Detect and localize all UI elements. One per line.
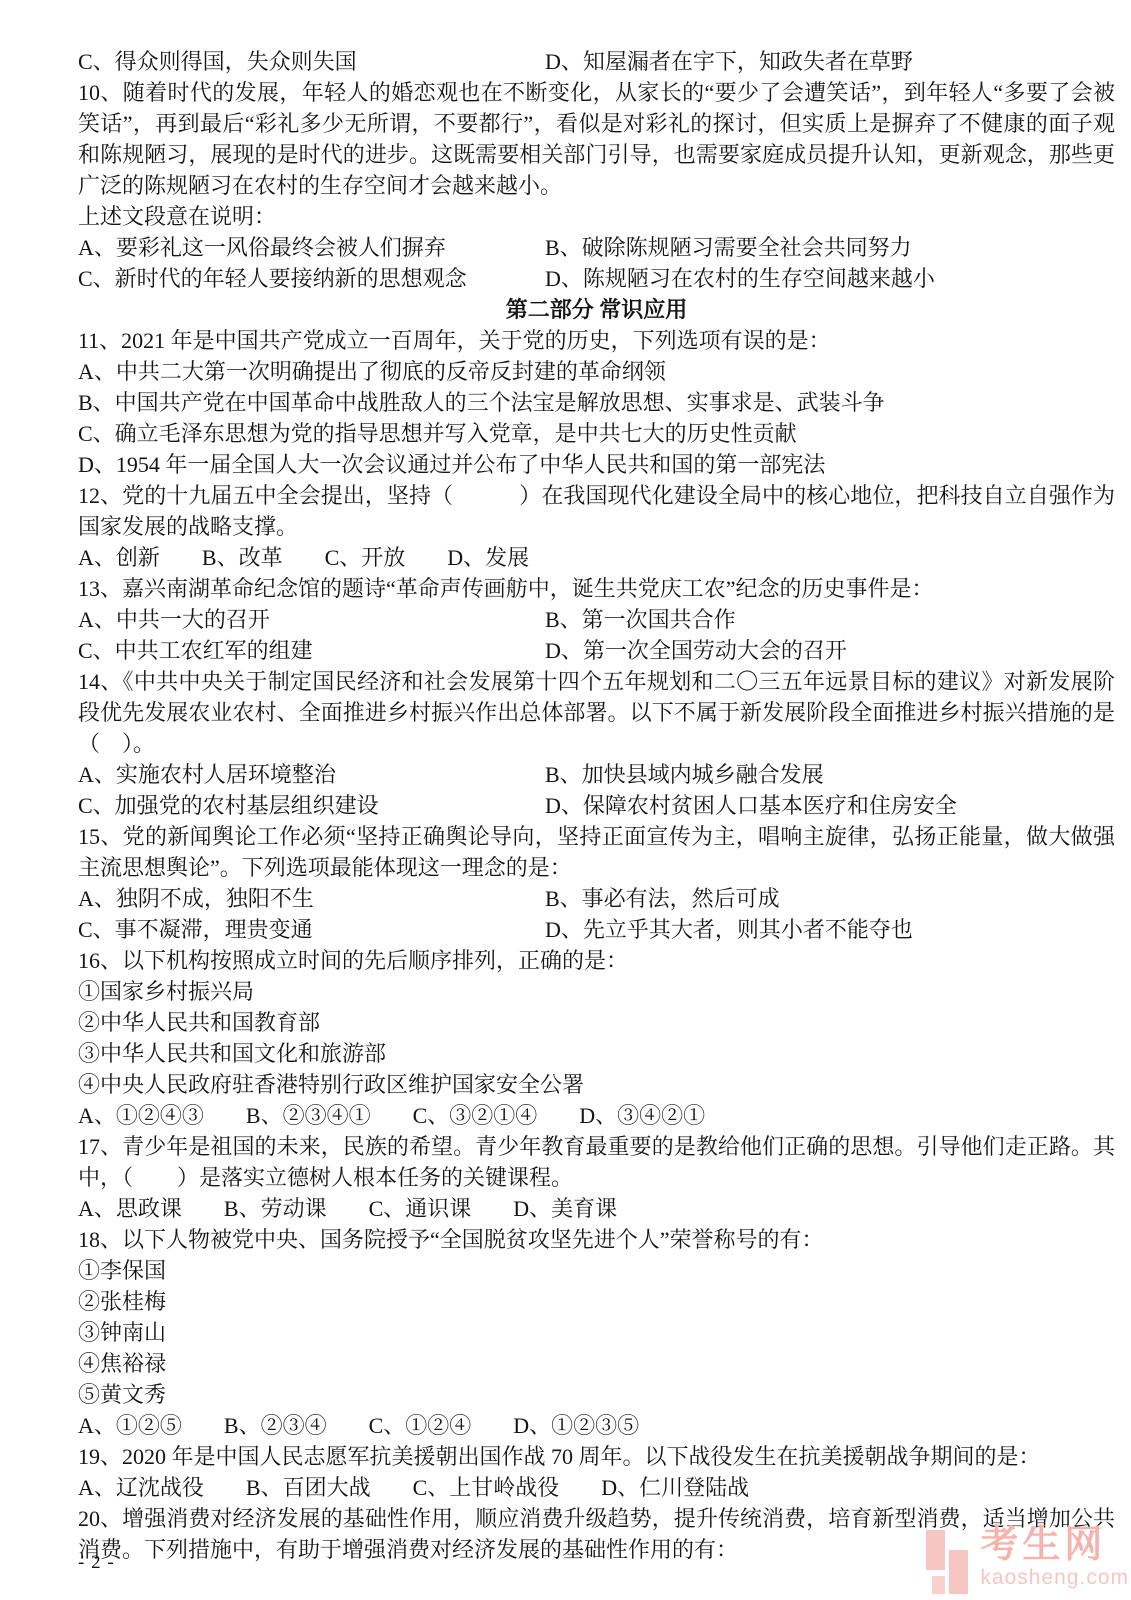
- section-header: 第二部分 常识应用: [78, 294, 1115, 325]
- option-inline-row: A、创新B、改革C、开放D、发展: [78, 542, 1115, 573]
- option-left: A、要彩礼这一风俗最终会被人们摒弃: [78, 232, 545, 263]
- option-right: B、第一次国共合作: [545, 604, 1115, 635]
- page-number: - 2 -: [78, 1552, 115, 1574]
- option-left: C、加强党的农村基层组织建设: [78, 790, 545, 821]
- option-row: C、事不凝滞，理贵变通D、先立乎其大者，则其小者不能夺也: [78, 914, 1115, 945]
- option: D、发展: [447, 542, 529, 573]
- option-left: C、事不凝滞，理贵变通: [78, 914, 545, 945]
- option-left: C、得众则得国，失众则失国: [78, 46, 545, 77]
- option-row: C、得众则得国，失众则失国D、知屋漏者在宇下，知政失者在草野: [78, 46, 1115, 77]
- option-right: B、事必有法，然后可成: [545, 883, 1115, 914]
- option-line: D、1954 年一届全国人大一次会议通过并公布了中华人民共和国的第一部宪法: [78, 449, 1115, 480]
- question-paragraph: 17、青少年是祖国的未来，民族的希望。青少年教育最重要的是教给他们正确的思想。引…: [78, 1131, 1115, 1193]
- option: A、创新: [78, 542, 160, 573]
- option-row: A、实施农村人居环境整治B、加快县域内城乡融合发展: [78, 759, 1115, 790]
- question-paragraph: ②中华人民共和国教育部: [78, 1007, 1115, 1038]
- option-left: C、中共工农红军的组建: [78, 635, 545, 666]
- option-left: A、实施农村人居环境整治: [78, 759, 545, 790]
- option: B、②③④: [224, 1410, 327, 1441]
- question-paragraph: 11、2021 年是中国共产党成立一百周年，关于党的历史，下列选项有误的是：: [78, 325, 1115, 356]
- option-row: C、新时代的年轻人要接纳新的思想观念D、陈规陋习在农村的生存空间越来越小: [78, 263, 1115, 294]
- question-paragraph: 10、随着时代的发展，年轻人的婚恋观也在不断变化，从家长的“要少了会遭笑话”，到…: [78, 77, 1115, 201]
- logo-block-bottom: [932, 1576, 945, 1594]
- option-right: D、陈规陋习在农村的生存空间越来越小: [545, 263, 1115, 294]
- question-paragraph: ④中央人民政府驻香港特别行政区维护国家安全公署: [78, 1069, 1115, 1100]
- question-paragraph: ③钟南山: [78, 1317, 1115, 1348]
- option-left: A、中共一大的召开: [78, 604, 545, 635]
- option-row: C、中共工农红军的组建D、第一次全国劳动大会的召开: [78, 635, 1115, 666]
- question-paragraph: 12、党的十九届五中全会提出，坚持（ ）在我国现代化建设全局中的核心地位，把科技…: [78, 480, 1115, 542]
- option: D、美育课: [513, 1193, 617, 1224]
- question-paragraph: 13、嘉兴南湖革命纪念馆的题诗“革命声传画舫中，诞生共党庆工农”纪念的历史事件是…: [78, 573, 1115, 604]
- question-paragraph: 19、2020 年是中国人民志愿军抗美援朝出国作战 70 周年。以下战役发生在抗…: [78, 1441, 1115, 1472]
- kaosheng-watermark: 考生网 kaosheng.com: [926, 1526, 1129, 1594]
- option: C、开放: [325, 542, 406, 573]
- question-paragraph: 上述文段意在说明：: [78, 201, 1115, 232]
- option: C、③②①④: [413, 1100, 538, 1131]
- logo-block-left: [926, 1530, 945, 1570]
- option: D、仁川登陆战: [601, 1472, 749, 1503]
- option-right: D、知屋漏者在宇下，知政失者在草野: [545, 46, 1115, 77]
- option-left: A、独阴不成，独阳不生: [78, 883, 545, 914]
- option-right: D、保障农村贫困人口基本医疗和住房安全: [545, 790, 1115, 821]
- option-inline-row: A、辽沈战役B、百团大战C、上甘岭战役D、仁川登陆战: [78, 1472, 1115, 1503]
- option-row: A、独阴不成，独阳不生B、事必有法，然后可成: [78, 883, 1115, 914]
- document-body: C、得众则得国，失众则失国D、知屋漏者在宇下，知政失者在草野10、随着时代的发展…: [78, 46, 1115, 1565]
- option-right: D、先立乎其大者，则其小者不能夺也: [545, 914, 1115, 945]
- question-paragraph: ①国家乡村振兴局: [78, 976, 1115, 1007]
- option: A、辽沈战役: [78, 1472, 204, 1503]
- option: B、改革: [202, 542, 283, 573]
- watermark-brand: 考生网: [980, 1526, 1129, 1564]
- option: D、①②③⑤: [513, 1410, 639, 1441]
- option: A、思政课: [78, 1193, 182, 1224]
- option: B、百团大战: [246, 1472, 371, 1503]
- exam-page: { "page": { "number": "- 2 -" }, "waterm…: [0, 0, 1131, 1600]
- question-paragraph: 14、《中共中央关于制定国民经济和社会发展第十四个五年规划和二〇三五年远景目标的…: [78, 666, 1115, 759]
- kaosheng-logo-icon: [926, 1530, 972, 1594]
- watermark-domain: kaosheng.com: [980, 1567, 1129, 1588]
- watermark-text: 考生网 kaosheng.com: [980, 1526, 1129, 1588]
- question-paragraph: ②张桂梅: [78, 1286, 1115, 1317]
- option: C、上甘岭战役: [413, 1472, 560, 1503]
- option-row: C、加强党的农村基层组织建设D、保障农村贫困人口基本医疗和住房安全: [78, 790, 1115, 821]
- logo-block-right: [949, 1550, 968, 1594]
- option-line: B、中国共产党在中国革命中战胜敌人的三个法宝是解放思想、实事求是、武装斗争: [78, 387, 1115, 418]
- option-inline-row: A、①②⑤B、②③④C、①②④D、①②③⑤: [78, 1410, 1115, 1441]
- option: A、①②④③: [78, 1100, 204, 1131]
- option-line: A、中共二大第一次明确提出了彻底的反帝反封建的革命纲领: [78, 356, 1115, 387]
- option-left: C、新时代的年轻人要接纳新的思想观念: [78, 263, 545, 294]
- option: C、通识课: [369, 1193, 472, 1224]
- question-paragraph: ①李保国: [78, 1255, 1115, 1286]
- option: D、③④②①: [579, 1100, 705, 1131]
- option: C、①②④: [369, 1410, 472, 1441]
- option: A、①②⑤: [78, 1410, 182, 1441]
- option-right: B、破除陈规陋习需要全社会共同努力: [545, 232, 1115, 263]
- question-paragraph: 15、党的新闻舆论工作必须“坚持正确舆论导向，坚持正面宣传为主，唱响主旋律，弘扬…: [78, 821, 1115, 883]
- question-paragraph: ⑤黄文秀: [78, 1379, 1115, 1410]
- option-row: A、要彩礼这一风俗最终会被人们摒弃B、破除陈规陋习需要全社会共同努力: [78, 232, 1115, 263]
- question-paragraph: 16、以下机构按照成立时间的先后顺序排列，正确的是：: [78, 945, 1115, 976]
- option-row: A、中共一大的召开B、第一次国共合作: [78, 604, 1115, 635]
- option-inline-row: A、思政课B、劳动课C、通识课D、美育课: [78, 1193, 1115, 1224]
- option: B、②③④①: [246, 1100, 371, 1131]
- question-paragraph: 18、以下人物被党中央、国务院授予“全国脱贫攻坚先进个人”荣誉称号的有：: [78, 1224, 1115, 1255]
- option-line: C、确立毛泽东思想为党的指导思想并写入党章，是中共七大的历史性贡献: [78, 418, 1115, 449]
- option-inline-row: A、①②④③B、②③④①C、③②①④D、③④②①: [78, 1100, 1115, 1131]
- option-right: D、第一次全国劳动大会的召开: [545, 635, 1115, 666]
- option-right: B、加快县域内城乡融合发展: [545, 759, 1115, 790]
- question-paragraph: ④焦裕禄: [78, 1348, 1115, 1379]
- option: B、劳动课: [224, 1193, 327, 1224]
- question-paragraph: ③中华人民共和国文化和旅游部: [78, 1038, 1115, 1069]
